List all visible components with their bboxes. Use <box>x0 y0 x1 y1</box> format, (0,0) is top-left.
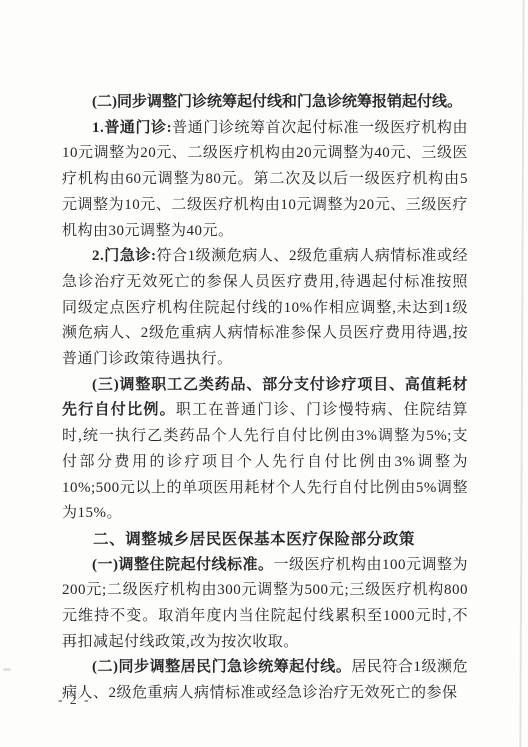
subsection-heading-2-outpatient-deductible: (二)同步调整门诊统筹起付线和门急诊统筹报销起付线。 <box>62 90 468 116</box>
page-number: - 2 - <box>58 692 91 708</box>
scan-edge-artifact <box>519 0 524 747</box>
paragraph-text: 符合1级濒危病人、2级危重病人病情标准或经急诊治疗无效死亡的参保人员医疗费用,待… <box>62 248 468 367</box>
paragraph-hospitalization-deductible: (一)调整住院起付线标准。一级医疗机构由100元调整为200元;二级医疗机构由3… <box>62 553 468 656</box>
paragraph-emergency-outpatient: 2.门急诊:符合1级濒危病人、2级危重病人病情标准或经急诊治疗无效死亡的参保人员… <box>62 244 468 373</box>
paragraph-lead: 2.门急诊: <box>92 248 156 264</box>
section-heading-text: 二、调整城乡居民医保基本医疗保险部分政策 <box>93 531 415 548</box>
section-heading-2-resident-insurance: 二、调整城乡居民医保基本医疗保险部分政策 <box>62 527 468 553</box>
paragraph-lead: 1.普通门诊: <box>92 120 172 136</box>
document-body: (二)同步调整门诊统筹起付线和门急诊统筹报销起付线。 1.普通门诊:普通门诊统筹… <box>62 90 468 707</box>
paragraph-lead: (二)同步调整居民门急诊统筹起付线。 <box>92 659 351 675</box>
paragraph-ordinary-outpatient: 1.普通门诊:普通门诊统筹首次起付标准一级医疗机构由10元调整为20元、二级医疗… <box>62 116 468 245</box>
paragraph-text: 普通门诊统筹首次起付标准一级医疗机构由10元调整为20元、二级医疗机构由20元调… <box>62 120 468 239</box>
scan-smudge-artifact <box>3 668 11 671</box>
paragraph-class-b-drugs-copay: (三)调整职工乙类药品、部分支付诊疗项目、高值耗材先行自付比例。职工在普通门诊、… <box>62 373 468 527</box>
paragraph-resident-emergency-deductible: (二)同步调整居民门急诊统筹起付线。居民符合1级濒危病人、2级危重病人病情标准或… <box>62 655 468 706</box>
scanned-document-page: (二)同步调整门诊统筹起付线和门急诊统筹报销起付线。 1.普通门诊:普通门诊统筹… <box>0 0 528 747</box>
subsection-heading-text: (二)同步调整门诊统筹起付线和门急诊统筹报销起付线。 <box>92 94 462 110</box>
paragraph-lead: (一)调整住院起付线标准。 <box>92 557 274 573</box>
paragraph-text: 职工在普通门诊、门诊慢特病、住院结算时,统一执行乙类药品个人先行自付比例由3%调… <box>62 402 468 521</box>
